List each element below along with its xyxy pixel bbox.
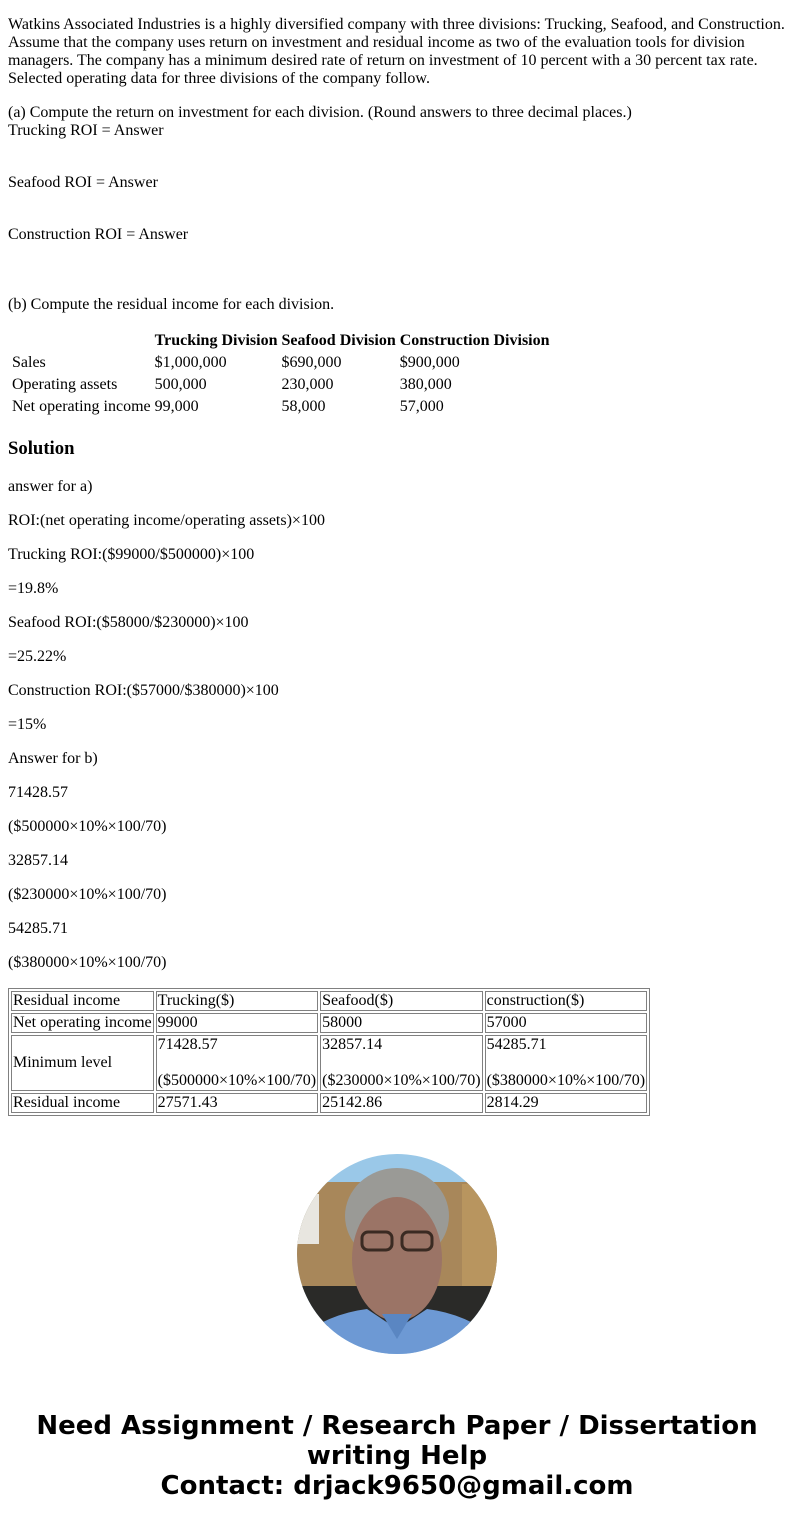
solution-line: 54285.71 bbox=[8, 920, 786, 938]
portrait-icon bbox=[297, 1154, 497, 1354]
solution-line: Construction ROI:($57000/$380000)×100 bbox=[8, 682, 786, 700]
solution-line: Answer for b) bbox=[8, 750, 786, 768]
seafood-roi-answer[interactable]: Answer bbox=[108, 174, 158, 191]
part-a: (a) Compute the return on investment for… bbox=[8, 104, 786, 278]
table-row: Sales $1,000,000 $690,000 $900,000 bbox=[11, 353, 551, 373]
table-row: Operating assets 500,000 230,000 380,000 bbox=[11, 375, 551, 395]
solution-line: =19.8% bbox=[8, 580, 786, 598]
construction-roi-answer[interactable]: Answer bbox=[138, 226, 188, 243]
solution-line: ROI:(net operating income/operating asse… bbox=[8, 512, 786, 530]
solution-line: =15% bbox=[8, 716, 786, 734]
trucking-roi-line: Trucking ROI = Answer bbox=[8, 122, 786, 174]
solution-line: ($380000×10%×100/70) bbox=[8, 954, 786, 972]
part-b-prompt: (b) Compute the residual income for each… bbox=[8, 296, 786, 314]
ri-header-row: Residual income Trucking($) Seafood($) c… bbox=[11, 991, 647, 1011]
table-row: Minimum level 71428.57($500000×10%×100/7… bbox=[11, 1035, 647, 1091]
question-intro: Watkins Associated Industries is a highl… bbox=[8, 16, 786, 88]
solution-line: Seafood ROI:($58000/$230000)×100 bbox=[8, 614, 786, 632]
promo-line-1: Need Assignment / Research Paper / Disse… bbox=[8, 1411, 786, 1471]
solution-line: ($230000×10%×100/70) bbox=[8, 886, 786, 904]
table-row: Net operating income 99,000 58,000 57,00… bbox=[11, 397, 551, 417]
table-header-row: Trucking Division Seafood Division Const… bbox=[11, 331, 551, 351]
solution-line: ($500000×10%×100/70) bbox=[8, 818, 786, 836]
author-photo bbox=[297, 1154, 497, 1354]
table-row: Residual income 27571.43 25142.86 2814.2… bbox=[11, 1093, 647, 1113]
promo-banner: Need Assignment / Research Paper / Disse… bbox=[8, 1411, 786, 1501]
seafood-roi-line: Seafood ROI = Answer bbox=[8, 174, 786, 226]
solution-line: Trucking ROI:($99000/$500000)×100 bbox=[8, 546, 786, 564]
solution-line: 32857.14 bbox=[8, 852, 786, 870]
page-content: Watkins Associated Industries is a highl… bbox=[0, 0, 794, 1501]
header-trucking: Trucking Division bbox=[154, 331, 279, 351]
header-seafood: Seafood Division bbox=[280, 331, 396, 351]
table-row: Net operating income 99000 58000 57000 bbox=[11, 1013, 647, 1033]
construction-roi-line: Construction ROI = Answer bbox=[8, 226, 786, 278]
residual-income-table: Residual income Trucking($) Seafood($) c… bbox=[8, 988, 650, 1116]
trucking-roi-answer[interactable]: Answer bbox=[114, 122, 164, 139]
solution-heading: Solution bbox=[8, 438, 786, 460]
solution-line: answer for a) bbox=[8, 478, 786, 496]
division-data-table: Trucking Division Seafood Division Const… bbox=[9, 329, 553, 419]
promo-contact: Contact: drjack9650@gmail.com bbox=[8, 1471, 786, 1501]
solution-line: 71428.57 bbox=[8, 784, 786, 802]
header-construction: Construction Division bbox=[399, 331, 551, 351]
solution-line: =25.22% bbox=[8, 648, 786, 666]
part-a-prompt: (a) Compute the return on investment for… bbox=[8, 104, 786, 122]
